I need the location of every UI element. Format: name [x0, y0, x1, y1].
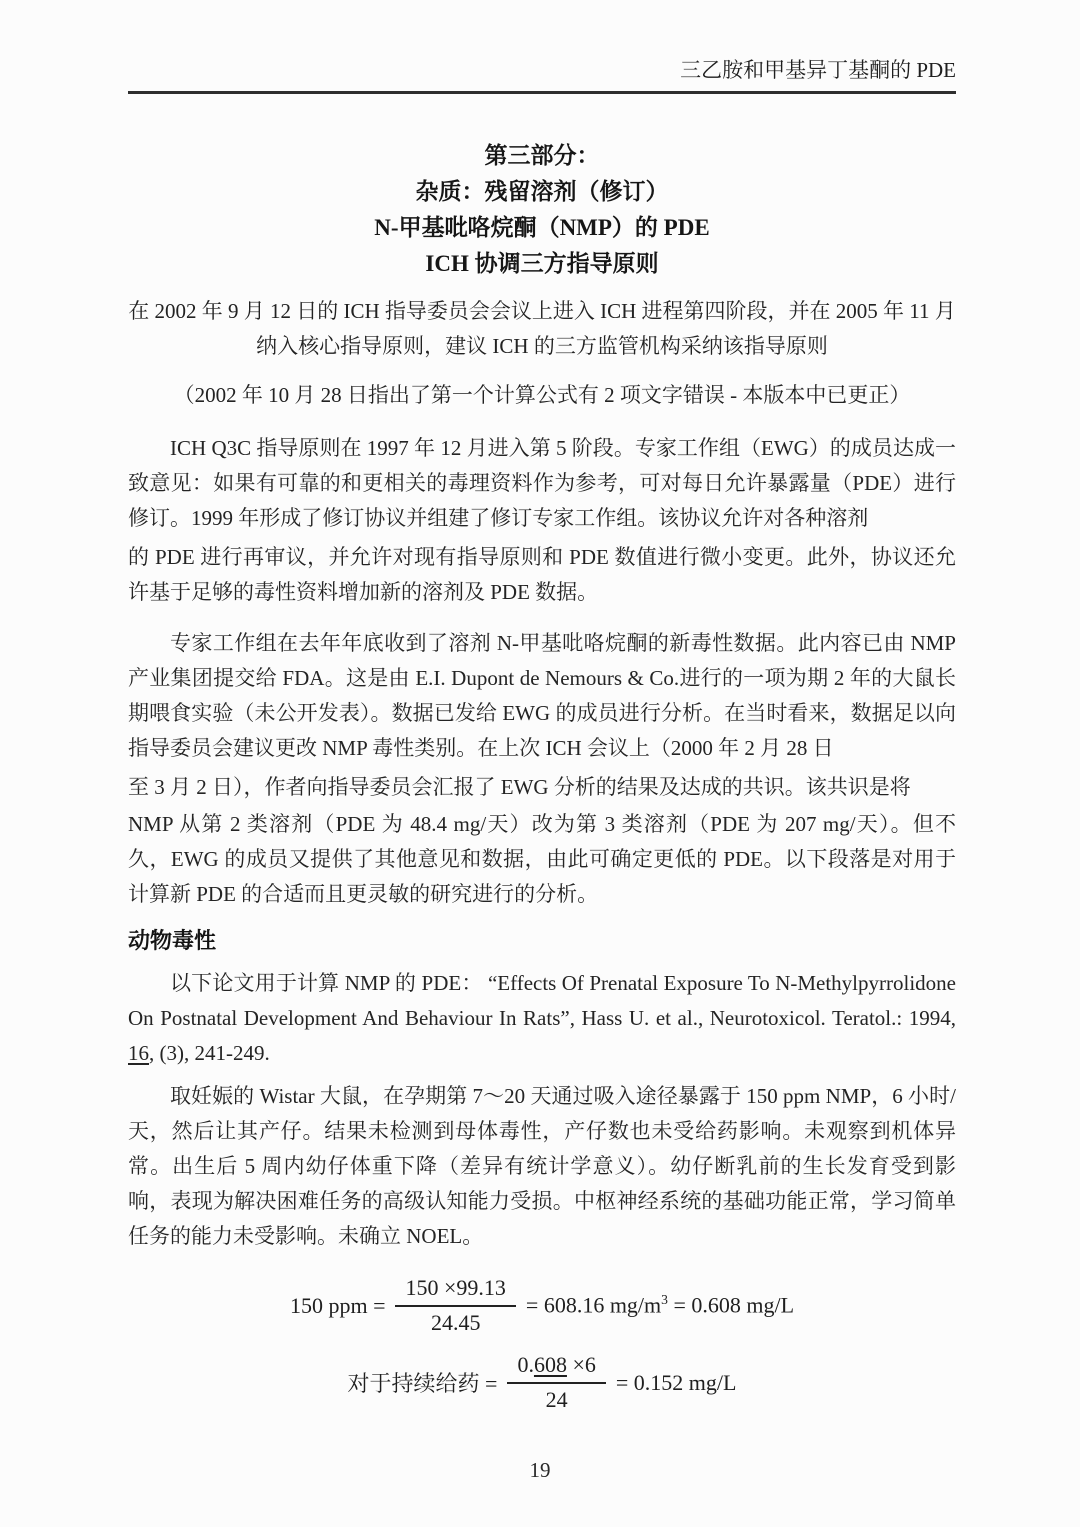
- formula1-result-b: = 0.608 mg/L: [668, 1293, 794, 1318]
- study-description-paragraph: 取妊娠的 Wistar 大鼠，在孕期第 7～20 天通过吸入途径暴露于 150 …: [128, 1079, 956, 1254]
- citation-text-post: , (3), 241-249.: [149, 1041, 270, 1065]
- formula2-denominator: 24: [546, 1384, 568, 1415]
- formula2-num-pre: 0.: [517, 1352, 534, 1377]
- formula-continuous-dosing: 对于持续给药 = 0.608 ×6 24 = 0.152 mg/L: [128, 1351, 956, 1414]
- formula2-fraction: 0.608 ×6 24: [507, 1351, 605, 1414]
- title-impurities: 杂质：残留溶剂（修订）: [128, 174, 956, 210]
- formula1-exponent: 3: [661, 1292, 668, 1307]
- paragraph-new-toxicity-data-3: NMP 从第 2 类溶剂（PDE 为 48.4 mg/天）改为第 3 类溶剂（P…: [128, 807, 956, 912]
- formula2-num-underlined: 608: [534, 1352, 567, 1377]
- formula-ppm-conversion: 150 ppm = 150 ×99.13 24.45 = 608.16 mg/m…: [128, 1274, 956, 1337]
- formula1-fraction: 150 ×99.13 24.45: [395, 1274, 515, 1337]
- formula1-result: = 608.16 mg/m3 = 0.608 mg/L: [526, 1292, 794, 1318]
- title-nmp-pde: N-甲基吡咯烷酮（NMP）的 PDE: [128, 210, 956, 246]
- running-header-title: 三乙胺和甲基异丁基酮的 PDE: [680, 58, 956, 82]
- section-heading-animal-toxicity: 动物毒性: [128, 926, 956, 956]
- formula2-num-post: ×6: [567, 1352, 596, 1377]
- formula1-result-a: = 608.16 mg/m: [526, 1293, 661, 1318]
- citation-paragraph: 以下论文用于计算 NMP 的 PDE： “Effects Of Prenatal…: [128, 966, 956, 1071]
- title-ich-guideline: ICH 协调三方指导原则: [128, 246, 956, 282]
- correction-note: （2002 年 10 月 28 日指出了第一个计算公式有 2 项文字错误 - 本…: [128, 378, 956, 413]
- paragraph-q3c-history-1: ICH Q3C 指导原则在 1997 年 12 月进入第 5 阶段。专家工作组（…: [128, 431, 956, 536]
- formula2-numerator: 0.608 ×6: [507, 1351, 605, 1384]
- document-page: 三乙胺和甲基异丁基酮的 PDE 第三部分： 杂质：残留溶剂（修订） N-甲基吡咯…: [0, 0, 1080, 1527]
- paragraph-new-toxicity-data-2: 至 3 月 2 日），作者向指导委员会汇报了 EWG 分析的结果及达成的共识。该…: [128, 770, 956, 805]
- paragraph-new-toxicity-data-1: 专家工作组在去年年底收到了溶剂 N-甲基吡咯烷酮的新毒性数据。此内容已由 NMP…: [128, 626, 956, 766]
- adoption-statement: 在 2002 年 9 月 12 日的 ICH 指导委员会会议上进入 ICH 进程…: [128, 294, 956, 364]
- page-number: 19: [0, 1458, 1080, 1483]
- formula1-lhs: 150 ppm =: [290, 1293, 386, 1319]
- formula1-numerator: 150 ×99.13: [395, 1274, 515, 1307]
- title-part-number: 第三部分：: [128, 138, 956, 174]
- page-header: 三乙胺和甲基异丁基酮的 PDE: [128, 56, 956, 94]
- formula2-lhs: 对于持续给药 =: [348, 1367, 498, 1398]
- citation-text-pre: 以下论文用于计算 NMP 的 PDE： “Effects Of Prenatal…: [128, 971, 956, 1030]
- formula1-denominator: 24.45: [431, 1307, 481, 1338]
- title-block: 第三部分： 杂质：残留溶剂（修订） N-甲基吡咯烷酮（NMP）的 PDE ICH…: [128, 138, 956, 282]
- paragraph-q3c-history-2: 的 PDE 进行再审议，并允许对现有指导原则和 PDE 数值进行微小变更。此外，…: [128, 540, 956, 610]
- formula2-result: = 0.152 mg/L: [616, 1370, 737, 1396]
- citation-volume-underlined: 16: [128, 1041, 149, 1065]
